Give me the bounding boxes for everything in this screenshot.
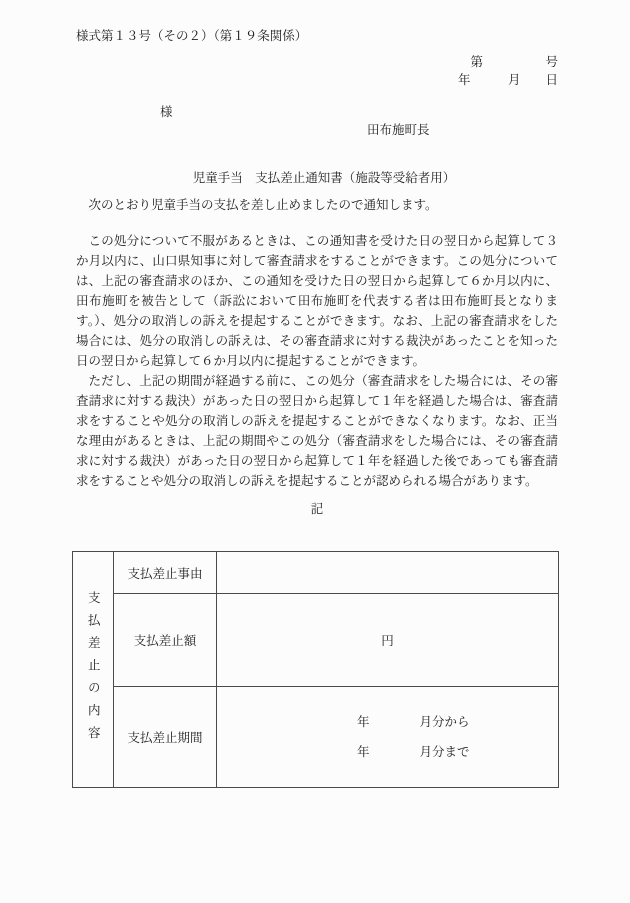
reason-label: 支払差止事由	[114, 552, 217, 594]
intro-paragraph: 次のとおり児童手当の支払を差し止めましたので通知します。	[76, 195, 558, 216]
amount-label: 支払差止額	[114, 594, 217, 687]
suspension-detail-table: 支払差止の内容 支払差止事由 支払差止額 円 支払差止期間 年 月分から 年 月…	[72, 551, 559, 788]
doc-number-line: 第 号	[76, 53, 558, 71]
table-row-reason: 支払差止の内容 支払差止事由	[73, 552, 559, 594]
period-from-line: 年 月分から	[217, 707, 558, 737]
document-page: 様式第１３号（その２）（第１９条関係） 第 号 年 月 日 様 田布施町長 児童…	[0, 0, 630, 903]
table-row-amount: 支払差止額 円	[73, 594, 559, 687]
table-group-cell: 支払差止の内容	[73, 552, 114, 788]
addressee-line: 様	[76, 103, 558, 121]
period-to-line: 年 月分まで	[217, 737, 558, 767]
note-heading: 記	[76, 499, 558, 520]
paragraph-appeal-rights: この処分について不服があるときは、この通知書を受けた日の翌日から起算して３か月以…	[76, 231, 558, 371]
doc-date-line: 年 月 日	[76, 71, 558, 89]
paragraph-deadline-exception: ただし、上記の期間が経過する前に、この処分（審査請求をした場合には、その審査請求…	[76, 371, 558, 491]
period-value: 年 月分から 年 月分まで	[217, 687, 559, 788]
form-number: 様式第１３号（その２）（第１９条関係）	[76, 26, 558, 47]
reason-value-blank	[217, 552, 559, 594]
table-group-label: 支払差止の内容	[87, 587, 100, 749]
body-text: この処分について不服があるときは、この通知書を受けた日の翌日から起算して３か月以…	[76, 231, 558, 491]
doc-meta: 第 号 年 月 日	[76, 53, 558, 89]
document-title: 児童手当 支払差止通知書（施設等受給者用）	[76, 168, 558, 189]
period-label: 支払差止期間	[114, 687, 217, 788]
table-row-period: 支払差止期間 年 月分から 年 月分まで	[73, 687, 559, 788]
amount-value-yen: 円	[217, 594, 559, 687]
sender-line: 田布施町長	[76, 121, 558, 139]
document-content: 様式第１３号（その２）（第１９条関係） 第 号 年 月 日 様 田布施町長 児童…	[0, 0, 630, 520]
